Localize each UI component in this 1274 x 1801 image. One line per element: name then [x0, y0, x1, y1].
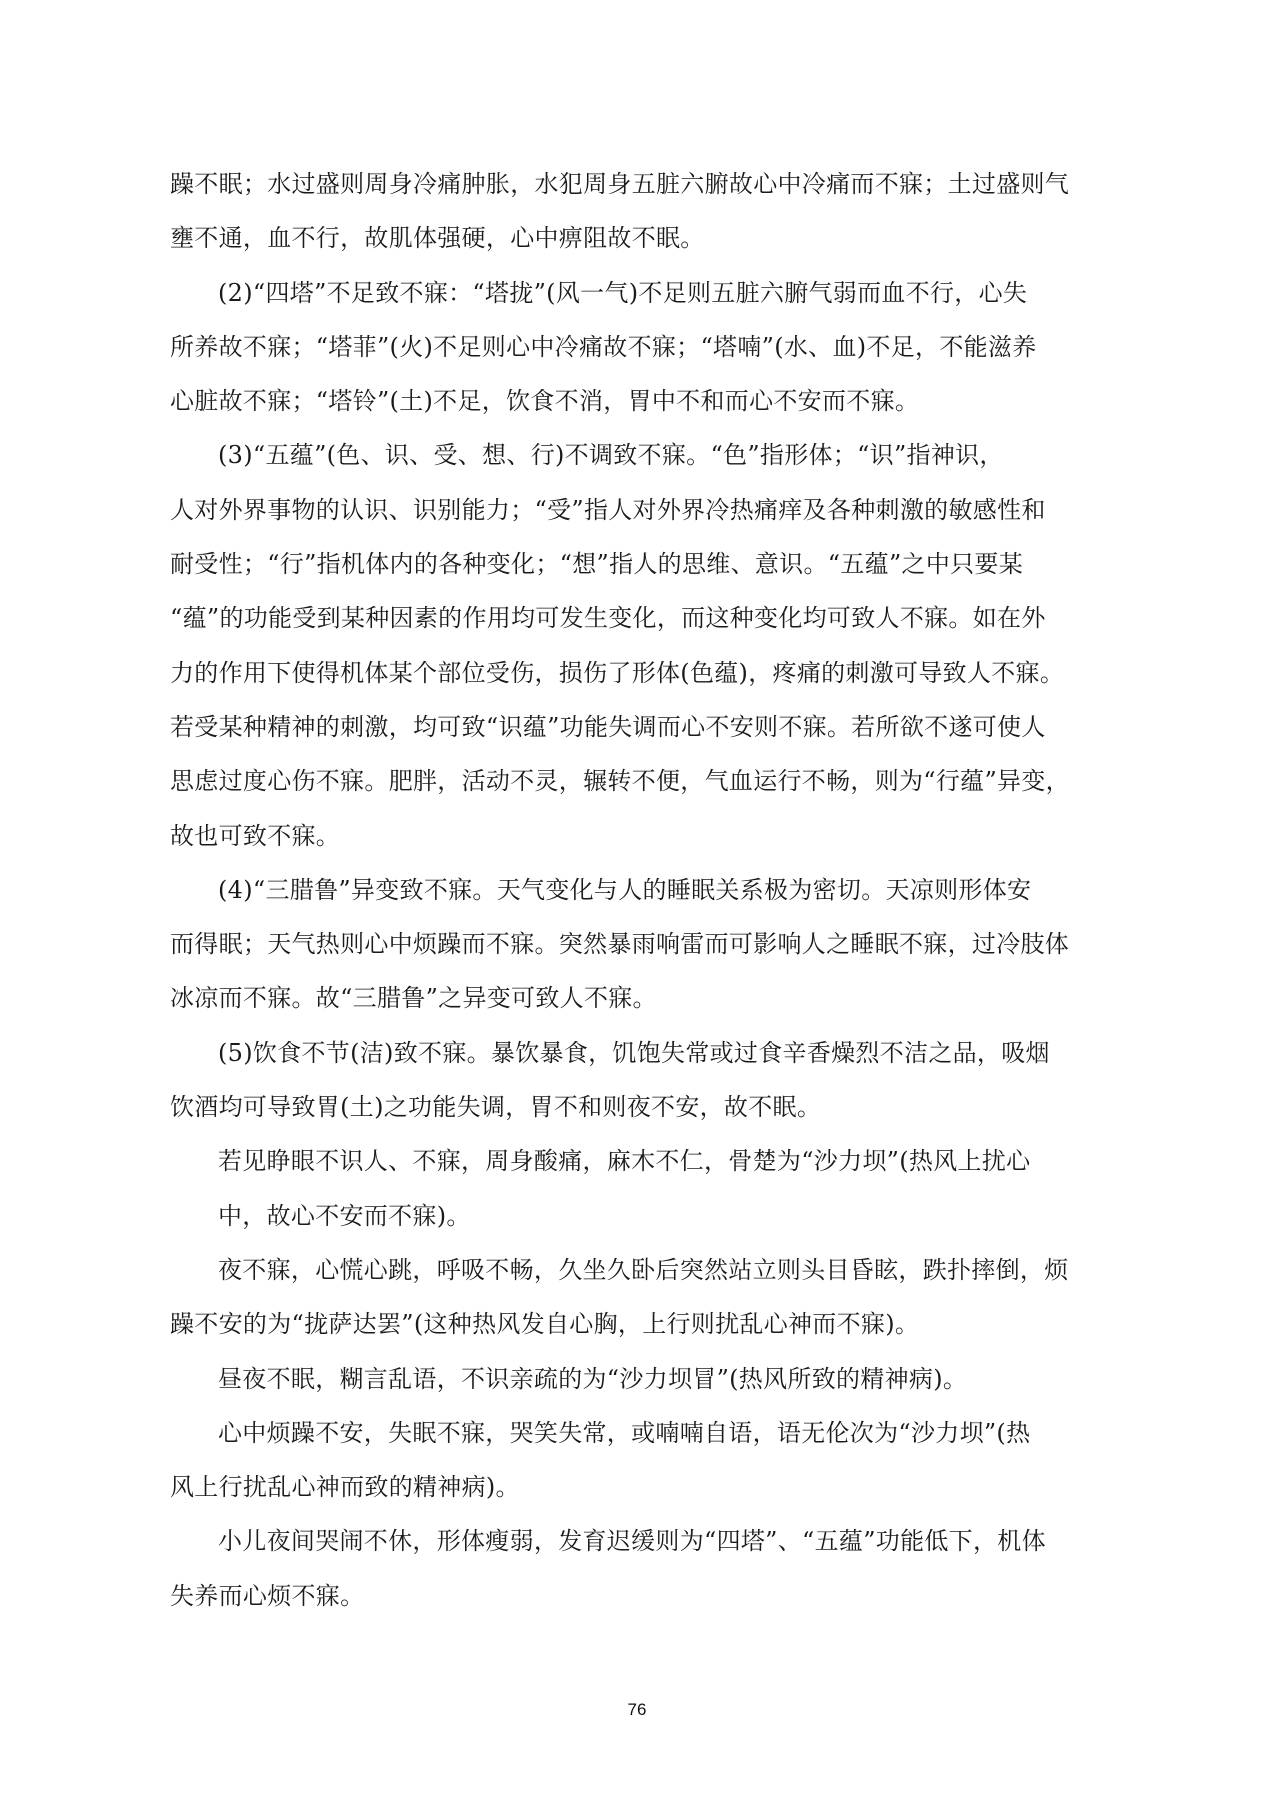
- paragraph-start: 昼夜不眠，糊言乱语，不识亲疏的为“沙力坝冒”(热风所致的精神病)。: [170, 1359, 1130, 1413]
- text-line: 力的作用下使得机体某个部位受伤，损伤了形体(色蕴)，疼痛的刺激可导致人不寐。: [170, 653, 1130, 707]
- paragraph-5-start: (5)饮食不节(洁)致不寐。暴饮暴食，饥饱失常或过食辛香燥烈不洁之品，吸烟: [170, 1033, 1130, 1087]
- paragraph-2-start: (2)“四塔”不足致不寐：“塔拢”(风一气)不足则五脏六腑气弱而血不行，心失: [170, 273, 1130, 327]
- paragraph-4-start: (4)“三腊鲁”异变致不寐。天气变化与人的睡眠关系极为密切。天凉则形体安: [170, 870, 1130, 924]
- text-line: 躁不眠；水过盛则周身冷痛肿胀，水犯周身五脏六腑故心中冷痛而不寐；土过盛则气: [170, 164, 1130, 218]
- paragraph-start: 夜不寐，心慌心跳，呼吸不畅，久坐久卧后突然站立则头目昏眩，跌扑摔倒，烦: [170, 1250, 1130, 1304]
- text-line: 风上行扰乱心神而致的精神病)。: [170, 1467, 1130, 1521]
- text-line: 中，故心不安而不寐)。: [170, 1196, 1130, 1250]
- document-page: 躁不眠；水过盛则周身冷痛肿胀，水犯周身五脏六腑故心中冷痛而不寐；土过盛则气 壅不…: [0, 0, 1274, 1801]
- text-line: 故也可致不寐。: [170, 816, 1130, 870]
- text-line: 耐受性；“行”指机体内的各种变化；“想”指人的思维、意识。“五蕴”之中只要某: [170, 544, 1130, 598]
- text-line: 思虑过度心伤不寐。肥胖，活动不灵，辗转不便，气血运行不畅，则为“行蕴”异变，: [170, 761, 1130, 815]
- text-line: 人对外界事物的认识、识别能力；“受”指人对外界冷热痛痒及各种刺激的敏感性和: [170, 490, 1130, 544]
- paragraph-start: 若见睁眼不识人、不寐，周身酸痛，麻木不仁，骨楚为“沙力坝”(热风上扰心: [170, 1141, 1130, 1195]
- page-number: 76: [0, 1700, 1274, 1720]
- paragraph-3-start: (3)“五蕴”(色、识、受、想、行)不调致不寐。“色”指形体；“识”指神识，: [170, 435, 1130, 489]
- text-line: 失养而心烦不寐。: [170, 1576, 1130, 1630]
- text-line: 壅不通，血不行，故肌体强硬，心中痹阻故不眠。: [170, 218, 1130, 272]
- text-line: “蕴”的功能受到某种因素的作用均可发生变化，而这种变化均可致人不寐。如在外: [170, 598, 1130, 652]
- text-line: 而得眠；天气热则心中烦躁而不寐。突然暴雨响雷而可影响人之睡眠不寐，过冷肢体: [170, 924, 1130, 978]
- text-line: 若受某种精神的刺激，均可致“识蕴”功能失调而心不安则不寐。若所欲不遂可使人: [170, 707, 1130, 761]
- body-text: 躁不眠；水过盛则周身冷痛肿胀，水犯周身五脏六腑故心中冷痛而不寐；土过盛则气 壅不…: [170, 164, 1130, 1630]
- text-line: 冰凉而不寐。故“三腊鲁”之异变可致人不寐。: [170, 978, 1130, 1032]
- text-line: 饮酒均可导致胃(土)之功能失调，胃不和则夜不安，故不眠。: [170, 1087, 1130, 1141]
- text-line: 心脏故不寐；“塔铃”(土)不足，饮食不消，胃中不和而心不安而不寐。: [170, 381, 1130, 435]
- paragraph-start: 小儿夜间哭闹不休，形体瘦弱，发育迟缓则为“四塔”、“五蕴”功能低下，机体: [170, 1521, 1130, 1575]
- paragraph-start: 心中烦躁不安，失眠不寐，哭笑失常，或喃喃自语，语无伦次为“沙力坝”(热: [170, 1413, 1130, 1467]
- text-line: 所养故不寐；“塔菲”(火)不足则心中冷痛故不寐；“塔喃”(水、血)不足，不能滋养: [170, 327, 1130, 381]
- text-line: 躁不安的为“拢萨达罢”(这种热风发自心胸，上行则扰乱心神而不寐)。: [170, 1304, 1130, 1358]
